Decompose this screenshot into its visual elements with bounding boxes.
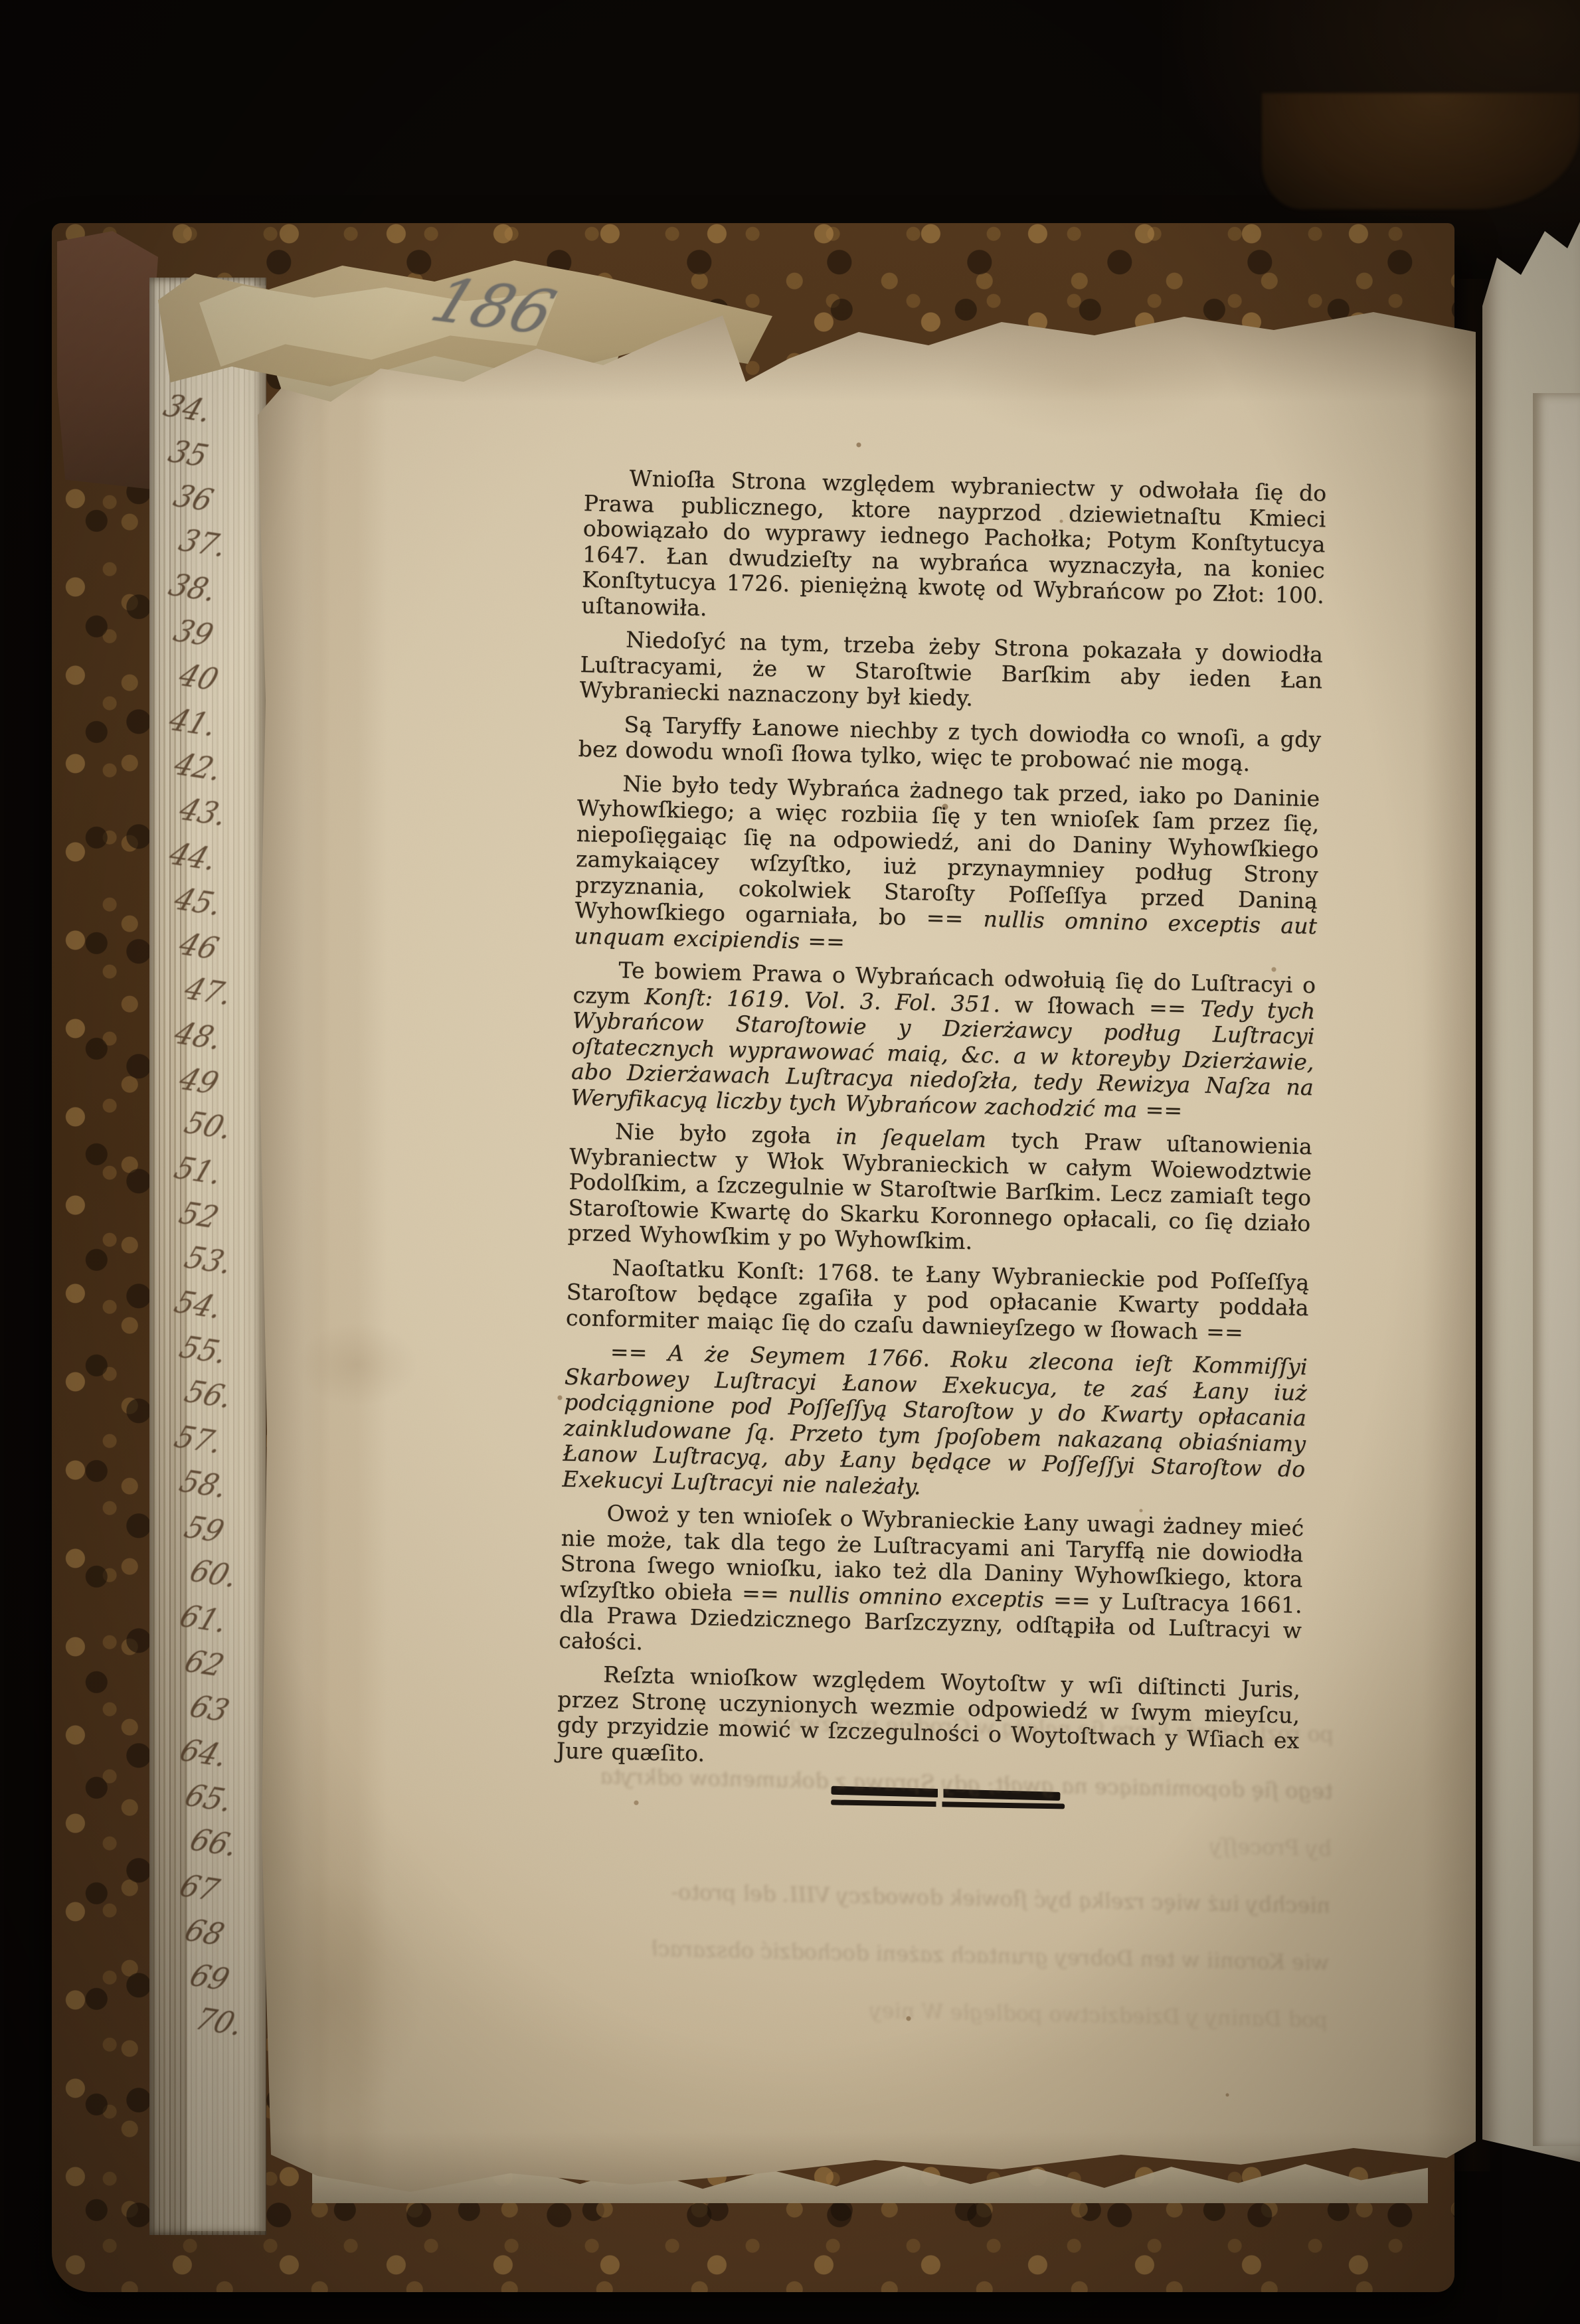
bleedthrough-line: by Proceſſy <box>857 1810 1336 1877</box>
margin-number: 50. <box>185 1105 278 1151</box>
margin-number: 67 <box>180 1867 274 1913</box>
margin-number: 44. <box>169 836 263 882</box>
paragraph: Te bowiem Prawa o Wybrańcach odwołuią ſi… <box>571 957 1316 1126</box>
margin-number: 48. <box>175 1015 268 1061</box>
margin-number: 58. <box>180 1463 274 1509</box>
margin-number: 65. <box>185 1778 279 1823</box>
margin-number: 39 <box>174 612 268 658</box>
margin-number: 59 <box>185 1509 279 1554</box>
margin-number: 36 <box>174 477 268 523</box>
margin-number: 56. <box>185 1374 278 1420</box>
paragraph: Wnioſła Strona względem wybraniectw y od… <box>581 465 1327 634</box>
text-run-italic: in ſequelam <box>835 1123 986 1153</box>
margin-number: 68 <box>185 1912 279 1957</box>
margin-number: 60. <box>190 1553 284 1599</box>
margin-number: 41. <box>169 702 263 748</box>
spine-headband <box>1262 93 1580 209</box>
margin-number: 61. <box>180 1598 274 1644</box>
book-scan-scene: 186 Wnioſła Strona względem wybraniectw … <box>0 0 1580 2324</box>
margin-page-numbers: 34.353637.38.394041.42.43.44.45.4647.48.… <box>169 388 280 2047</box>
margin-number: 69 <box>191 1957 284 2003</box>
paragraph: Naoſtatku Konſt: 1768. te Łany Wybraniec… <box>566 1254 1310 1347</box>
margin-number: 37. <box>179 523 273 568</box>
margin-number: 53. <box>185 1240 278 1286</box>
margin-number: 42. <box>175 746 268 792</box>
margin-number: 55. <box>180 1329 274 1375</box>
paragraph: == A że Seymem 1766. Roku zlecona ieſt K… <box>562 1339 1308 1508</box>
text-run-roman: Niedoſyć na tym, trzeba żeby Strona poka… <box>579 626 1323 710</box>
margin-number: 35 <box>169 433 263 479</box>
paragraph: Nie było tedy Wybrańca żadnego tak przed… <box>574 770 1320 965</box>
margin-number: 47. <box>185 971 278 1017</box>
text-run-roman: Są Taryffy Łanowe niechby z tych dowiodł… <box>578 711 1321 776</box>
margin-number: 38. <box>169 567 263 613</box>
margin-number: 52 <box>180 1195 274 1240</box>
margin-number: 51. <box>175 1150 268 1196</box>
next-page-inner-sheet <box>1533 393 1580 2146</box>
text-run-italic: == A że Seymem 1766. Roku zlecona ieſt K… <box>562 1339 1308 1499</box>
margin-number: 34. <box>164 388 258 434</box>
body-text: Wnioſła Strona względem wybraniectw y od… <box>556 465 1326 1780</box>
margin-number: 64. <box>180 1732 274 1778</box>
text-run-roman: Naoſtatku Konſt: 1768. te Łany Wybraniec… <box>566 1254 1310 1345</box>
margin-number: 57. <box>175 1419 268 1465</box>
margin-number: 62 <box>185 1643 279 1689</box>
margin-number: 40 <box>179 657 273 703</box>
margin-number: 43. <box>179 791 273 837</box>
margin-number: 70. <box>195 2001 289 2047</box>
margin-number: 46 <box>179 926 273 971</box>
margin-number: 54. <box>175 1284 268 1330</box>
bleedthrough-line: pod Daniny y Dziedzictwo podległe W niey <box>780 1979 1332 2048</box>
cover-lining-flap <box>57 231 158 490</box>
text-run-roman: Wnioſła Strona względem wybraniectw y od… <box>581 465 1327 620</box>
paragraph: Owoż y ten wnioſek o Wybranieckie Łany u… <box>559 1500 1304 1669</box>
margin-number: 63 <box>190 1688 284 1734</box>
paragraph: Niedoſyć na tym, trzeba żeby Strona poka… <box>579 626 1323 719</box>
margin-number: 66. <box>191 1822 284 1868</box>
printed-text-block: Wnioſła Strona względem wybraniectw y od… <box>555 465 1327 1815</box>
margin-number: 45. <box>175 881 268 927</box>
bleedthrough-text: po rozſądzenia ktore ſię należą w Grodzi… <box>577 1690 1335 2048</box>
margin-number: 49 <box>180 1060 274 1106</box>
paragraph: Są Taryffy Łanowe niechby z tych dowiodł… <box>578 710 1321 778</box>
folio-number: 186 <box>422 265 565 347</box>
paragraph: Nie było zgoła in ſequelam tych Praw uſt… <box>567 1118 1312 1262</box>
